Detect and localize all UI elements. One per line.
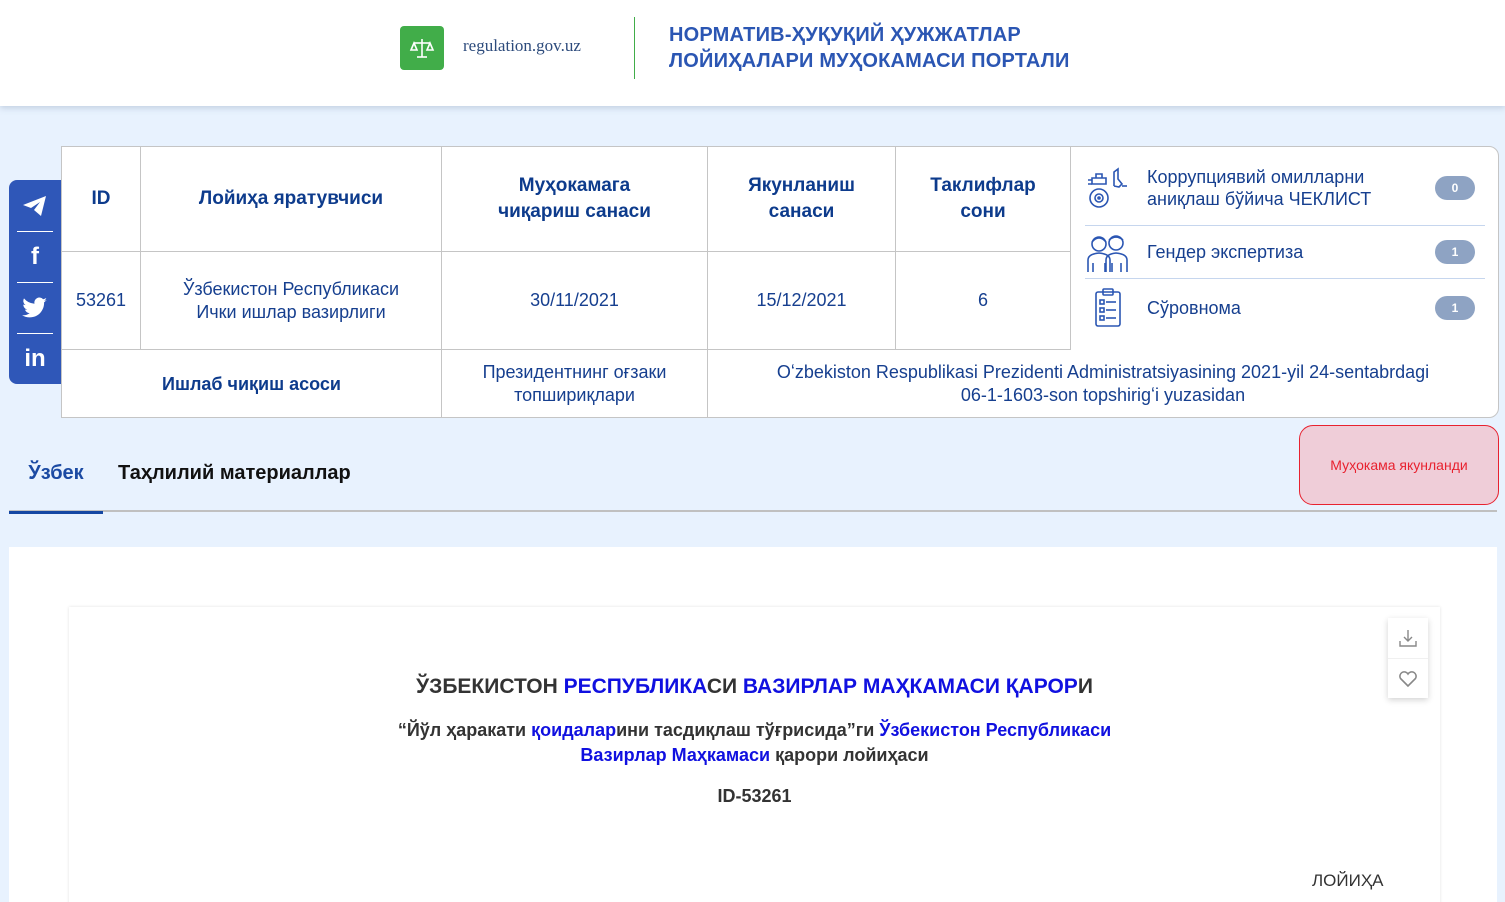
basis-label: Ишлаб чиқиш асоси	[62, 350, 442, 417]
gender-expertise-item[interactable]: Гендер экспертиза 1	[1085, 227, 1485, 277]
subtitle-part: қарори лойиҳаси	[770, 745, 929, 765]
title-part: И	[1078, 675, 1093, 698]
download-icon	[1398, 628, 1418, 648]
value-proposals-count: 6	[896, 252, 1071, 350]
header-proposals-line2: сони	[960, 199, 1005, 225]
linkedin-icon: in	[24, 345, 45, 373]
subtitle-part: ини тасдиқлаш тўғрисида”ги	[616, 720, 879, 740]
value-creator-line1: Ўзбекистон Республикаси	[183, 278, 399, 301]
header-proposals-line1: Таклифлар	[930, 173, 1036, 199]
basis-desc-line2: 06-1-1603-son topshirigʻi yuzasidan	[961, 384, 1245, 407]
title-part: СИ	[707, 675, 743, 698]
survey-item[interactable]: Сўровнома 1	[1085, 283, 1485, 333]
header-published-line1: Муҳокамага	[519, 173, 631, 199]
facebook-icon: f	[31, 243, 39, 271]
checklist-label-line2: аниқлаш бўйича ЧЕКЛИСТ	[1147, 188, 1435, 210]
header-ends-line1: Якунланиш	[748, 173, 855, 199]
value-id: 53261	[62, 252, 141, 350]
document-title: ЎЗБЕКИСТОН РЕСПУБЛИКАСИ ВАЗИРЛАР МАҲКАМА…	[69, 675, 1440, 699]
portal-title: НОРМАТИВ-ҲУҚУҚИЙ ҲУЖЖАТЛАР ЛОЙИҲАЛАРИ МУ…	[669, 22, 1070, 74]
share-twitter-button[interactable]	[9, 282, 61, 333]
share-facebook-button[interactable]: f	[9, 231, 61, 282]
telegram-icon	[22, 194, 48, 218]
title-highlight: РЕСПУБЛИКА	[564, 675, 707, 698]
draft-label: ЛОЙИҲА	[1312, 871, 1384, 891]
document-page: ЎЗБЕКИСТОН РЕСПУБЛИКАСИ ВАЗИРЛАР МАҲКАМА…	[69, 607, 1440, 902]
header-published-line2: чиқариш санаси	[498, 199, 651, 225]
document-id: ID-53261	[69, 786, 1440, 807]
portal-title-line1: НОРМАТИВ-ҲУҚУҚИЙ ҲУЖЖАТЛАР	[669, 22, 1070, 48]
survey-checklist-icon	[1085, 285, 1131, 331]
top-header: regulation.gov.uz НОРМАТИВ-ҲУҚУҚИЙ ҲУЖЖА…	[0, 0, 1505, 106]
header-end-date: Якунланиш санаси	[708, 147, 896, 252]
subtitle-highlight: қоидалар	[531, 720, 616, 740]
expertise-panel: Коррупциявий омилларни аниқлаш бўйича ЧЕ…	[1071, 147, 1499, 350]
download-button[interactable]	[1388, 618, 1428, 658]
basis-description: Oʻzbekiston Respublikasi Prezidenti Admi…	[708, 350, 1498, 417]
survey-count-badge: 1	[1435, 296, 1475, 320]
gender-expertise-label: Гендер экспертиза	[1147, 241, 1435, 263]
discussion-status-badge: Муҳокама якунланди	[1299, 425, 1499, 505]
title-part: ЎЗБЕКИСТОН	[416, 675, 564, 698]
document-area: ЎЗБЕКИСТОН РЕСПУБЛИКАСИ ВАЗИРЛАР МАҲКАМА…	[9, 547, 1497, 902]
checklist-label-line1: Коррупциявий омилларни	[1147, 166, 1435, 188]
share-telegram-button[interactable]	[9, 180, 61, 231]
portal-title-line2: ЛОЙИҲАЛАРИ МУҲОКАМАСИ ПОРТАЛИ	[669, 48, 1070, 74]
header-divider	[634, 17, 635, 79]
survey-label: Сўровнома	[1147, 297, 1435, 319]
value-creator: Ўзбекистон Республикаси Ички ишлар вазир…	[141, 252, 442, 350]
document-subtitle: “Йўл ҳаракати қоидаларини тасдиқлаш тўғр…	[69, 718, 1440, 768]
scales-icon	[409, 35, 435, 61]
subtitle-highlight: Ўзбекистон Республикаси	[879, 720, 1111, 740]
site-name[interactable]: regulation.gov.uz	[463, 36, 581, 56]
gender-icon	[1085, 229, 1131, 275]
language-tabs: Ўзбек Таҳлилий материаллар	[9, 450, 1497, 512]
subtitle-part: “Йўл ҳаракати	[398, 720, 531, 740]
tab-analytical-materials[interactable]: Таҳлилий материаллар	[118, 462, 351, 512]
project-info-table: ID Лойиҳа яратувчиси Муҳокамага чиқариш …	[61, 146, 1499, 418]
panel-divider	[1085, 278, 1485, 279]
header-creator: Лойиҳа яратувчиси	[141, 147, 442, 252]
value-creator-line2: Ички ишлар вазирлиги	[196, 301, 385, 324]
basis-type-line2: топшириқлари	[514, 384, 635, 407]
header-published-date: Муҳокамага чиқариш санаси	[442, 147, 708, 252]
social-share-bar: f in	[9, 180, 61, 384]
header-proposals-count: Таклифлар сони	[896, 147, 1071, 252]
header-ends-line2: санаси	[769, 199, 835, 225]
subtitle-highlight: Вазирлар Маҳкамаси	[580, 745, 770, 765]
tab-uzbek[interactable]: Ўзбек	[9, 462, 103, 512]
basis-type-line1: Президентнинг оғзаки	[483, 361, 667, 384]
value-end-date: 15/12/2021	[708, 252, 896, 350]
basis-type: Президентнинг оғзаки топшириқлари	[442, 350, 708, 417]
title-highlight: ВАЗИРЛАР МАҲКАМАСИ ҚАРОР	[743, 675, 1078, 698]
checklist-corruption-label: Коррупциявий омилларни аниқлаш бўйича ЧЕ…	[1147, 166, 1435, 210]
twitter-icon	[22, 297, 48, 319]
checklist-corruption-item[interactable]: Коррупциявий омилларни аниқлаш бўйича ЧЕ…	[1085, 163, 1485, 213]
panel-divider	[1085, 225, 1485, 226]
share-linkedin-button[interactable]: in	[9, 333, 61, 384]
gender-count-badge: 1	[1435, 240, 1475, 264]
checklist-count-badge: 0	[1435, 176, 1475, 200]
site-logo[interactable]	[400, 26, 444, 70]
basis-desc-line1: Oʻzbekiston Respublikasi Prezidenti Admi…	[777, 361, 1429, 384]
value-published-date: 30/11/2021	[442, 252, 708, 350]
header-id: ID	[62, 147, 141, 252]
anti-corruption-icon	[1085, 165, 1131, 211]
